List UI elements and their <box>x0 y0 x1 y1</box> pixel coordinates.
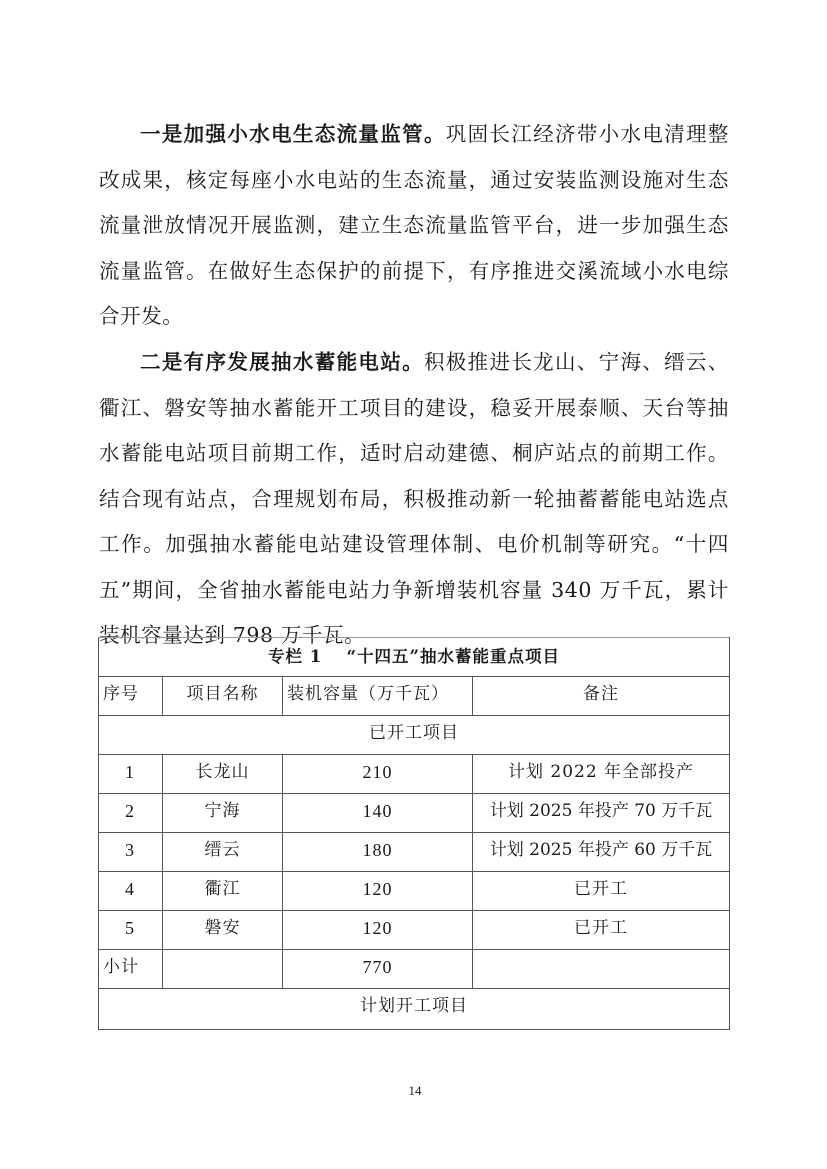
cell-no: 5 <box>99 911 163 950</box>
cell-name: 衢江 <box>163 872 283 911</box>
section-label-planned: 计划开工项目 <box>99 989 730 1030</box>
paragraph-small-hydro: 一是加强小水电生态流量监管。巩固长江经济带小水电清理整改成果，核定每座小水电站的… <box>99 112 729 340</box>
subtotal-name <box>163 950 283 989</box>
cell-no: 4 <box>99 872 163 911</box>
cell-name: 缙云 <box>163 833 283 872</box>
section-row-planned: 计划开工项目 <box>99 989 730 1030</box>
table-title: 专栏 1 “十四五”抽水蓄能重点项目 <box>99 638 730 677</box>
paragraph-lead: 二是有序发展抽水蓄能电站。 <box>140 350 424 374</box>
section-label-started: 已开工项目 <box>99 716 730 755</box>
paragraph-lead: 一是加强小水电生态流量监管。 <box>140 122 446 146</box>
table-header-row: 序号 项目名称 装机容量（万千瓦） 备注 <box>99 677 730 716</box>
cell-capacity: 140 <box>283 794 473 833</box>
header-no: 序号 <box>99 677 163 716</box>
table-row: 1 长龙山 210 计划 2022 年全部投产 <box>99 755 730 794</box>
header-name: 项目名称 <box>163 677 283 716</box>
cell-name: 磐安 <box>163 911 283 950</box>
cell-note: 计划 2025 年投产 70 万千瓦 <box>473 794 730 833</box>
cell-note: 已开工 <box>473 872 730 911</box>
cell-name: 长龙山 <box>163 755 283 794</box>
paragraph-body: 巩固长江经济带小水电清理整改成果，核定每座小水电站的生态流量，通过安装监测设施对… <box>99 122 729 328</box>
subtotal-capacity: 770 <box>283 950 473 989</box>
subtotal-note <box>473 950 730 989</box>
table-row: 5 磐安 120 已开工 <box>99 911 730 950</box>
cell-no: 3 <box>99 833 163 872</box>
subtotal-row: 小计 770 <box>99 950 730 989</box>
table-row: 4 衢江 120 已开工 <box>99 872 730 911</box>
cell-note: 已开工 <box>473 911 730 950</box>
cell-capacity: 120 <box>283 872 473 911</box>
cell-name: 宁海 <box>163 794 283 833</box>
table-row: 3 缙云 180 计划 2025 年投产 60 万千瓦 <box>99 833 730 872</box>
subtotal-label: 小计 <box>99 950 163 989</box>
table-row: 2 宁海 140 计划 2025 年投产 70 万千瓦 <box>99 794 730 833</box>
paragraph-body: 积极推进长龙山、宁海、缙云、衢江、磐安等抽水蓄能开工项目的建设，稳妥开展泰顺、天… <box>99 350 729 647</box>
cell-note: 计划 2025 年投产 60 万千瓦 <box>473 833 730 872</box>
cell-no: 2 <box>99 794 163 833</box>
table-title-row: 专栏 1 “十四五”抽水蓄能重点项目 <box>99 638 730 677</box>
cell-note: 计划 2022 年全部投产 <box>473 755 730 794</box>
cell-capacity: 210 <box>283 755 473 794</box>
cell-no: 1 <box>99 755 163 794</box>
paragraph-pumped-storage: 二是有序发展抽水蓄能电站。积极推进长龙山、宁海、缙云、衢江、磐安等抽水蓄能开工项… <box>99 340 729 659</box>
pumped-storage-projects-table: 专栏 1 “十四五”抽水蓄能重点项目 序号 项目名称 装机容量（万千瓦） 备注 … <box>98 637 730 1030</box>
cell-capacity: 120 <box>283 911 473 950</box>
header-note: 备注 <box>473 677 730 716</box>
section-row-started: 已开工项目 <box>99 716 730 755</box>
page-number: 14 <box>400 1083 430 1099</box>
header-capacity: 装机容量（万千瓦） <box>283 677 473 716</box>
cell-capacity: 180 <box>283 833 473 872</box>
